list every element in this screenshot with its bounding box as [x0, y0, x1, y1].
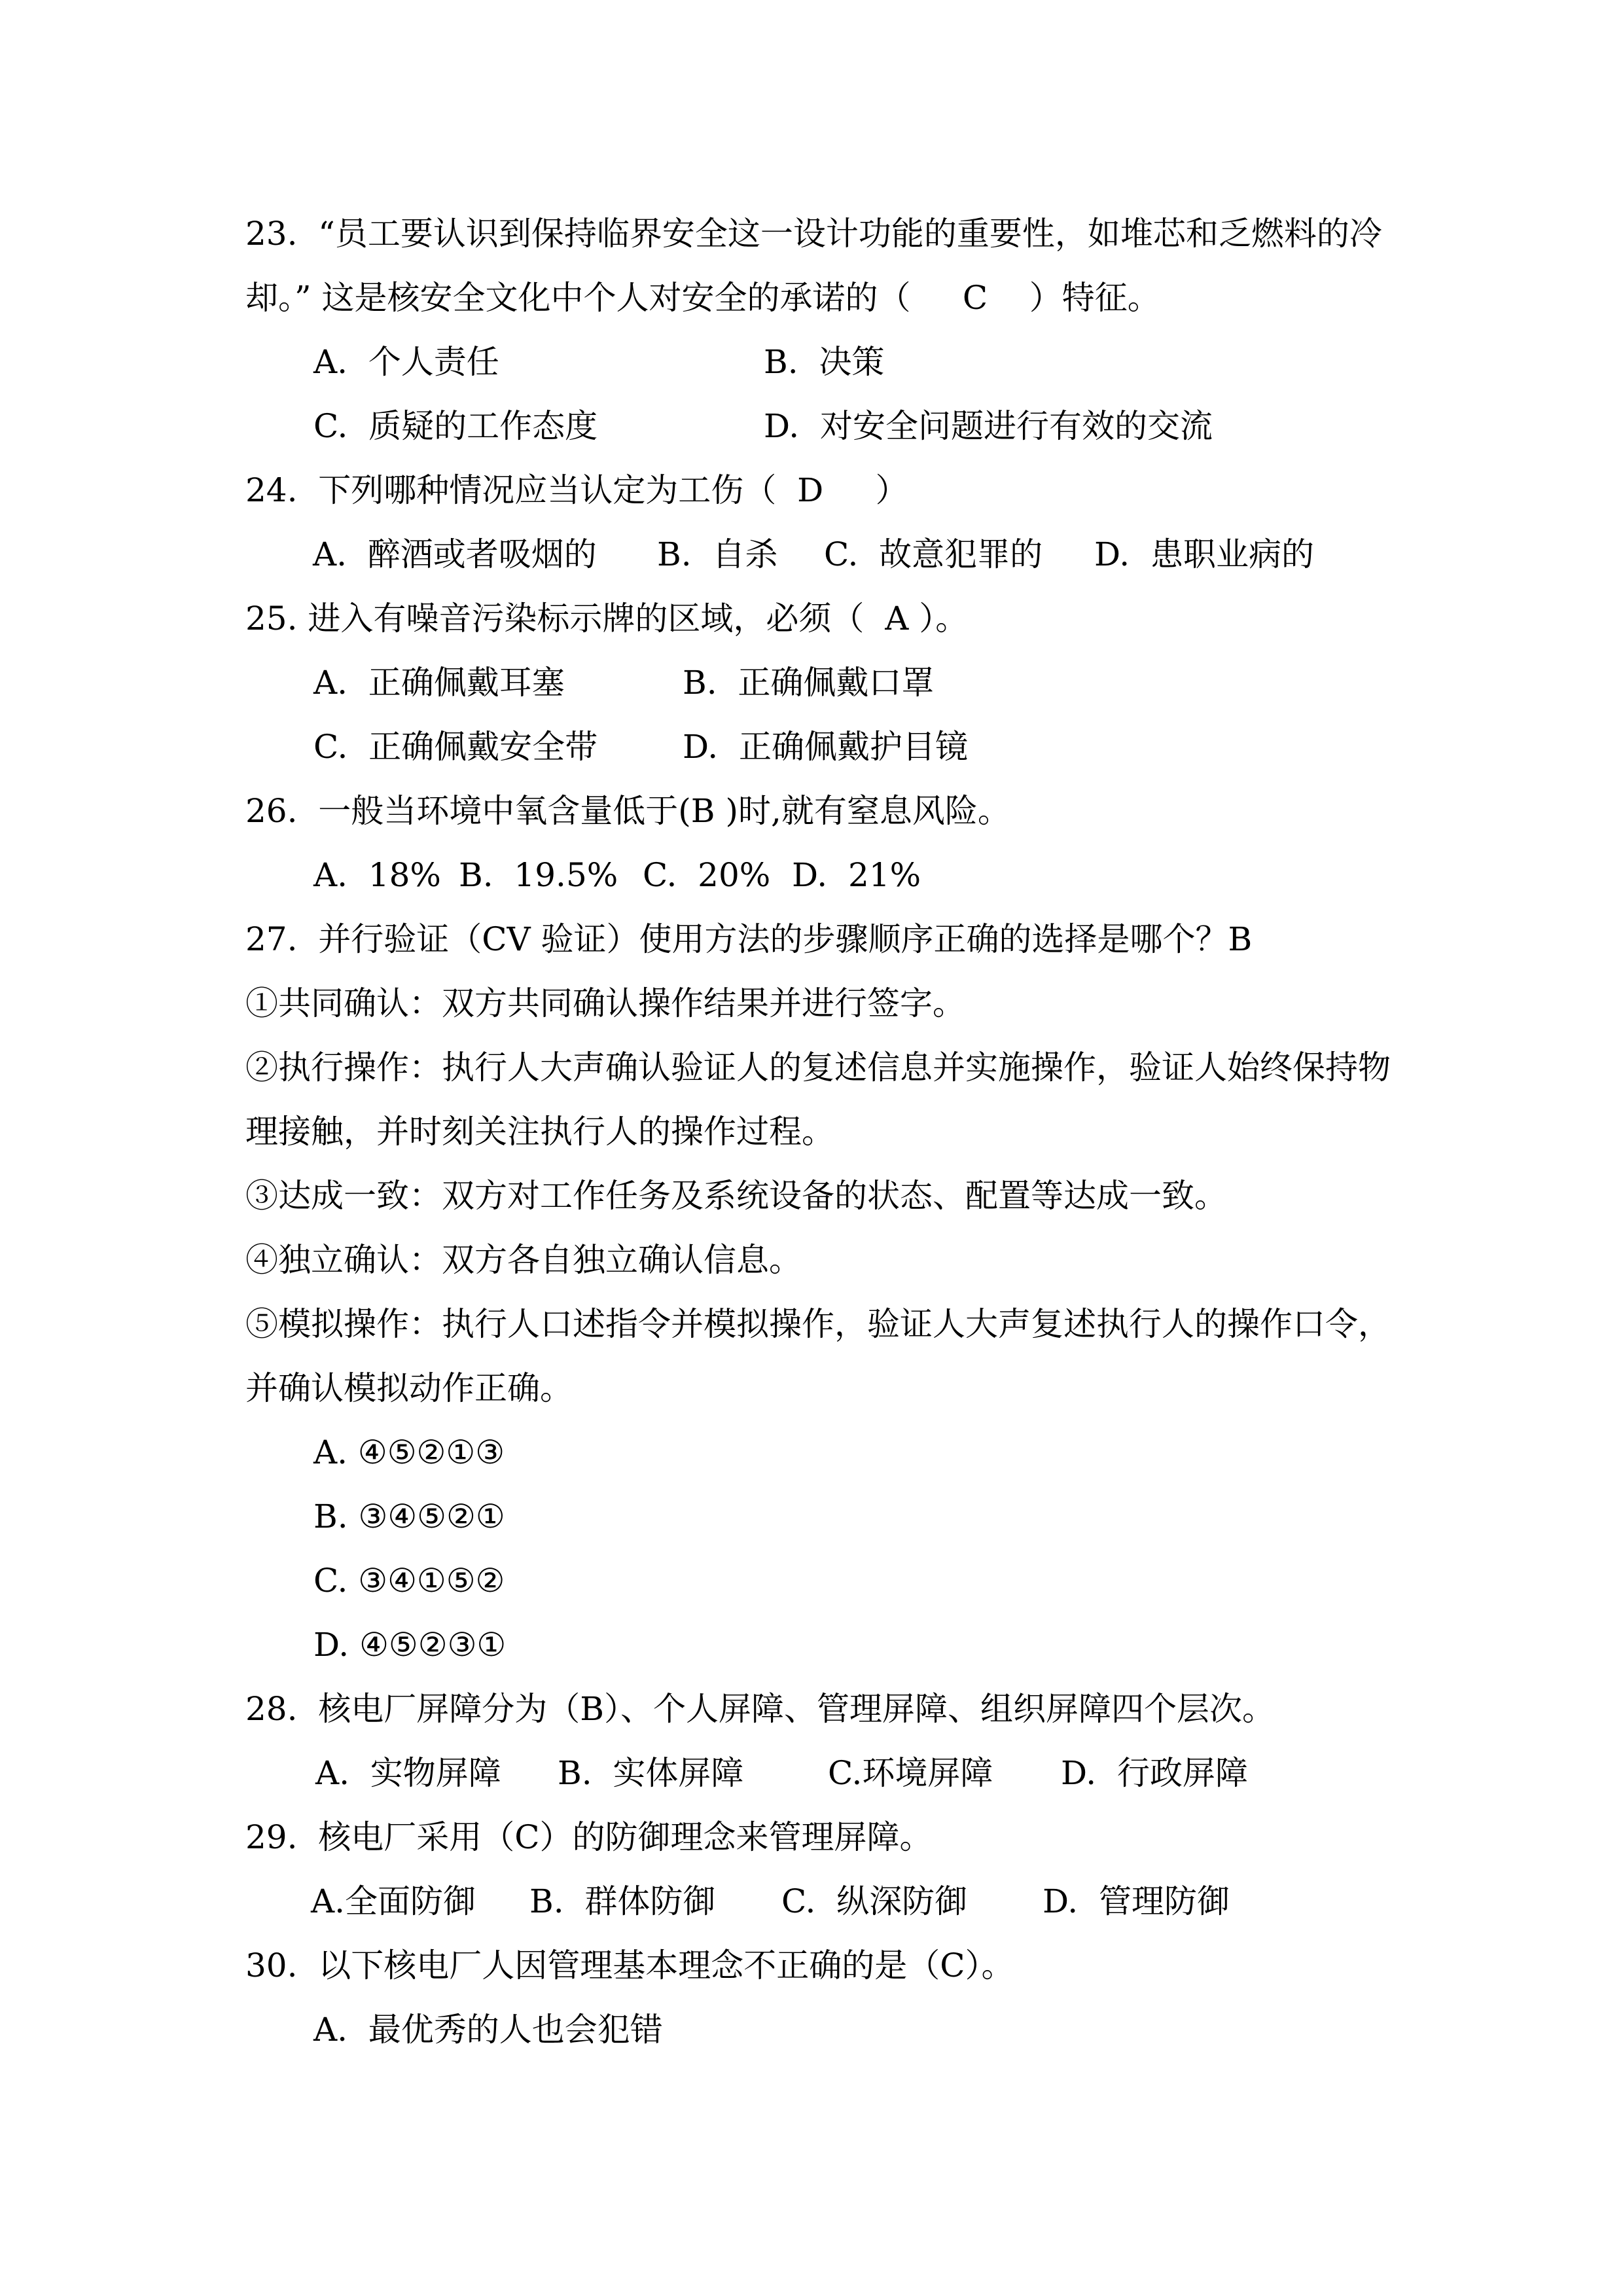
options-row: A. 正确佩戴耳塞B. 正确佩戴口罩 [0, 662, 1623, 726]
line-segment: C. ③④①⑤② [313, 1560, 505, 1601]
line-segment: D. 对安全问题进行有效的交流 [764, 406, 1213, 446]
line-segment: 理接触，并时刻关注执行人的操作过程。 [245, 1111, 834, 1152]
line-segment: 24. 下列哪种情况应当认定为工伤（ D ） [245, 470, 908, 511]
line-segment: A. 最优秀的人也会犯错 [313, 2009, 663, 2050]
options-row: A. 个人责任B. 决策 [0, 342, 1623, 406]
question: 23. “员工要认识到保持临界安全这一设计功能的重要性，如堆芯和乏燃料的冷 [0, 213, 1623, 278]
line-segment: D. 正确佩戴护目镜 [683, 726, 968, 767]
question: 29. 核电厂采用（C）的防御理念来管理屏障。 [0, 1817, 1623, 1881]
options-row: A. 18%B. 19.5%C. 20%D. 21% [0, 855, 1623, 919]
line-segment: ②执行操作：执行人大声确认验证人的复述信息并实施操作，验证人始终保持物 [245, 1047, 1391, 1088]
line-segment: B. 正确佩戴口罩 [683, 662, 934, 703]
line-segment: C. 正确佩戴安全带 [313, 726, 597, 767]
line-segment: C. 20% [643, 855, 770, 895]
line-segment: ①共同确认：双方共同确认操作结果并进行签字。 [245, 983, 965, 1024]
question-continuation: 却。” 这是核安全文化中个人对安全的承诺的（ C ）特征。 [0, 278, 1623, 342]
line-segment: 并确认模拟动作正确。 [245, 1368, 573, 1408]
step-item: ②执行操作：执行人大声确认验证人的复述信息并实施操作，验证人始终保持物 [0, 1047, 1623, 1111]
option: B. ③④⑤②① [0, 1496, 1623, 1560]
line-segment: 26. 一般当环境中氧含量低于(B )时,就有窒息风险。 [245, 791, 1010, 831]
step-item: ⑤模拟操作：执行人口述指令并模拟操作，验证人大声复述执行人的操作口令， [0, 1304, 1623, 1368]
line-segment: B. ③④⑤②① [313, 1496, 505, 1537]
question: 28. 核电厂屏障分为（B）、个人屏障、管理屏障、组织屏障四个层次。 [0, 1689, 1623, 1753]
document-page: 23. “员工要认识到保持临界安全这一设计功能的重要性，如堆芯和乏燃料的冷却。”… [0, 0, 1623, 2296]
line-segment: A. ④⑤②①③ [313, 1432, 505, 1473]
step-item: ③达成一致：双方对工作任务及系统设备的状态、配置等达成一致。 [0, 1175, 1623, 1240]
line-segment: C. 故意犯罪的 [824, 534, 1043, 575]
line-segment: D. ④⑤②③① [313, 1624, 506, 1665]
options-row: A. 醉酒或者吸烟的B. 自杀C. 故意犯罪的D. 患职业病的 [0, 534, 1623, 598]
line-segment: D. 行政屏障 [1061, 1753, 1248, 1793]
line-segment: 却。” 这是核安全文化中个人对安全的承诺的（ C ）特征。 [245, 278, 1160, 318]
question: 24. 下列哪种情况应当认定为工伤（ D ） [0, 470, 1623, 534]
line-segment: C.环境屏障 [828, 1753, 993, 1793]
question: 30. 以下核电厂人因管理基本理念不正确的是（C）。 [0, 1945, 1623, 2009]
line-segment: 30. 以下核电厂人因管理基本理念不正确的是（C）。 [245, 1945, 1014, 1986]
step-item: ④独立确认：双方各自独立确认信息。 [0, 1240, 1623, 1304]
options-row: C. 质疑的工作态度D. 对安全问题进行有效的交流 [0, 406, 1623, 470]
line-segment: 23. “员工要认识到保持临界安全这一设计功能的重要性，如堆芯和乏燃料的冷 [245, 213, 1382, 254]
options-row: A. 实物屏障B. 实体屏障C.环境屏障D. 行政屏障 [0, 1753, 1623, 1817]
line-segment: B. 自杀 [657, 534, 777, 575]
line-segment: 28. 核电厂屏障分为（B）、个人屏障、管理屏障、组织屏障四个层次。 [245, 1689, 1275, 1729]
line-segment: ⑤模拟操作：执行人口述指令并模拟操作，验证人大声复述执行人的操作口令， [245, 1304, 1391, 1344]
option: D. ④⑤②③① [0, 1624, 1623, 1689]
line-segment: D. 管理防御 [1043, 1881, 1230, 1922]
options-row: C. 正确佩戴安全带D. 正确佩戴护目镜 [0, 726, 1623, 791]
question: 26. 一般当环境中氧含量低于(B )时,就有窒息风险。 [0, 791, 1623, 855]
line-segment: B. 决策 [764, 342, 884, 382]
line-segment: A. 正确佩戴耳塞 [313, 662, 565, 703]
line-segment: A. 18% [313, 855, 441, 895]
line-segment: 27. 并行验证（CV 验证）使用方法的步骤顺序正确的选择是哪个？B [245, 919, 1252, 960]
line-segment: B. 19.5% [459, 855, 618, 895]
line-segment: A. 醉酒或者吸烟的 [313, 534, 597, 575]
options-row: A.全面防御B. 群体防御C. 纵深防御D. 管理防御 [0, 1881, 1623, 1945]
line-segment: A. 个人责任 [313, 342, 499, 382]
line-segment: A.全面防御 [311, 1881, 476, 1922]
line-segment: B. 实体屏障 [558, 1753, 743, 1793]
line-segment: A. 实物屏障 [315, 1753, 501, 1793]
option: C. ③④①⑤② [0, 1560, 1623, 1624]
option: A. 最优秀的人也会犯错 [0, 2009, 1623, 2073]
line-segment: B. 群体防御 [529, 1881, 715, 1922]
line-segment: D. 患职业病的 [1094, 534, 1314, 575]
line-segment: D. 21% [792, 855, 921, 895]
question: 27. 并行验证（CV 验证）使用方法的步骤顺序正确的选择是哪个？B [0, 919, 1623, 983]
step-item-continuation: 并确认模拟动作正确。 [0, 1368, 1623, 1432]
line-segment: 25. 进入有噪音污染标示牌的区域，必须（ A ）。 [245, 598, 968, 639]
line-segment: C. 质疑的工作态度 [313, 406, 597, 446]
line-segment: C. 纵深防御 [781, 1881, 967, 1922]
question: 25. 进入有噪音污染标示牌的区域，必须（ A ）。 [0, 598, 1623, 662]
line-segment: 29. 核电厂采用（C）的防御理念来管理屏障。 [245, 1817, 933, 1857]
line-segment: ④独立确认：双方各自独立确认信息。 [245, 1240, 802, 1280]
step-item-continuation: 理接触，并时刻关注执行人的操作过程。 [0, 1111, 1623, 1175]
step-item: ①共同确认：双方共同确认操作结果并进行签字。 [0, 983, 1623, 1047]
line-segment: ③达成一致：双方对工作任务及系统设备的状态、配置等达成一致。 [245, 1175, 1227, 1216]
option: A. ④⑤②①③ [0, 1432, 1623, 1496]
